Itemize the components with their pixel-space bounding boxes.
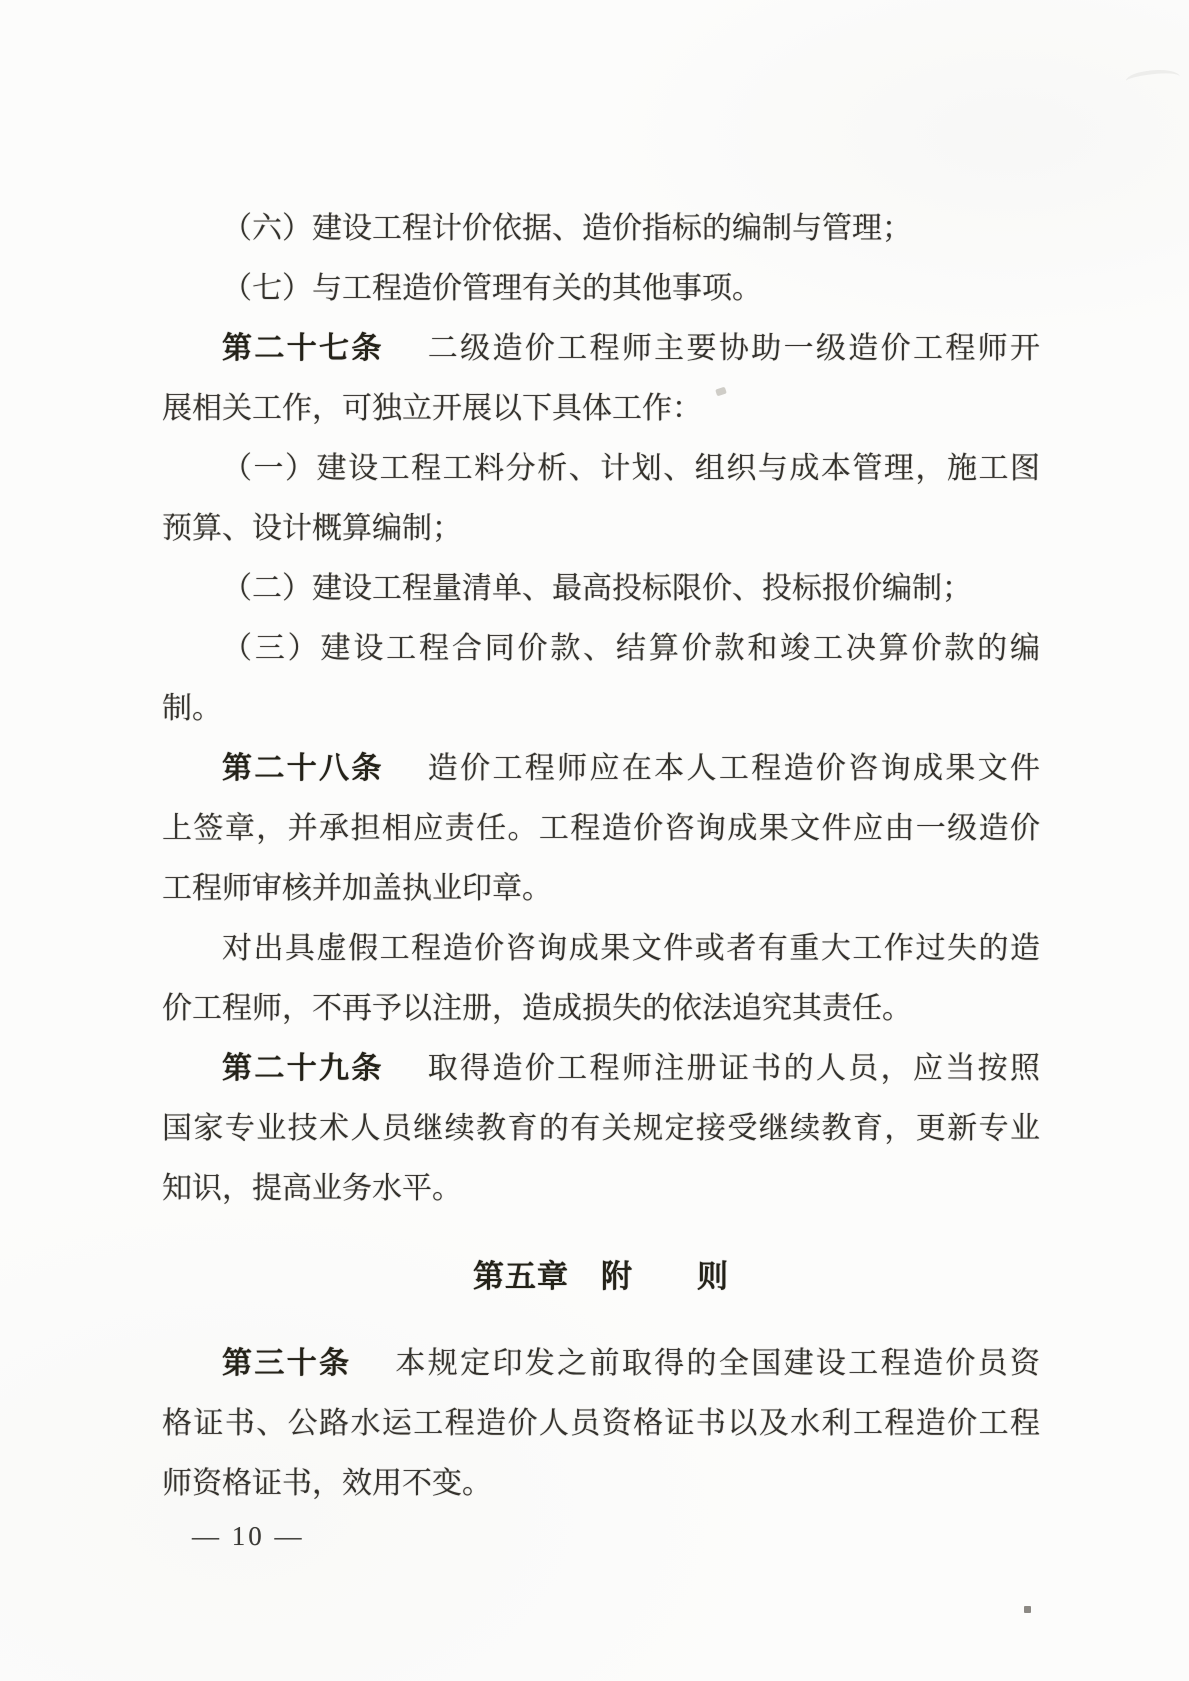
document-line: （一）建设工程工料分析、计划、组织与成本管理，施工图 xyxy=(162,439,1040,499)
line-text: 取得造价工程师注册证书的人员，应当按照 xyxy=(428,1052,1040,1085)
line-text: 知识，提高业务水平。 xyxy=(162,1172,462,1205)
document-line: 上签章，并承担相应责任。工程造价咨询成果文件应由一级造价 xyxy=(162,799,1040,859)
document-line: （七）与工程造价管理有关的其他事项。 xyxy=(162,259,1040,319)
line-text: 格证书、公路水运工程造价人员资格证书以及水利工程造价工程 xyxy=(162,1407,1040,1440)
line-text: 对出具虚假工程造价咨询成果文件或者有重大工作过失的造 xyxy=(222,932,1040,965)
article-number: 第二十九条 xyxy=(222,1052,384,1085)
document-line: 国家专业技术人员继续教育的有关规定接受继续教育，更新专业 xyxy=(162,1099,1040,1159)
line-text: 造价工程师应在本人工程造价咨询成果文件 xyxy=(428,752,1040,785)
line-text: 上签章，并承担相应责任。工程造价咨询成果文件应由一级造价 xyxy=(162,812,1040,845)
document-body: （六）建设工程计价依据、造价指标的编制与管理； （七）与工程造价管理有关的其他事… xyxy=(162,199,1040,1558)
line-text: （二）建设工程量清单、最高投标限价、投标报价编制； xyxy=(222,572,972,605)
document-line: 对出具虚假工程造价咨询成果文件或者有重大工作过失的造 xyxy=(162,919,1040,979)
document-line: （六）建设工程计价依据、造价指标的编制与管理； xyxy=(162,199,1040,259)
line-text: （三）建设工程合同价款、结算价款和竣工决算价款的编 xyxy=(222,632,1040,665)
document-line: 预算、设计概算编制； xyxy=(162,499,1040,559)
document-line-article-27: 第二十七条二级造价工程师主要协助一级造价工程师开 xyxy=(162,319,1040,379)
line-text: （一）建设工程工料分析、计划、组织与成本管理，施工图 xyxy=(222,452,1040,485)
document-line: 格证书、公路水运工程造价人员资格证书以及水利工程造价工程 xyxy=(162,1394,1040,1454)
document-line: （二）建设工程量清单、最高投标限价、投标报价编制； xyxy=(162,559,1040,619)
article-number: 第二十七条 xyxy=(222,332,384,365)
line-text: 国家专业技术人员继续教育的有关规定接受继续教育，更新专业 xyxy=(162,1112,1040,1145)
document-line: 价工程师，不再予以注册，造成损失的依法追究其责任。 xyxy=(162,979,1040,1039)
document-line-article-28: 第二十八条造价工程师应在本人工程造价咨询成果文件 xyxy=(162,739,1040,799)
line-text: （六）建设工程计价依据、造价指标的编制与管理； xyxy=(222,212,912,245)
scan-artifact-speck xyxy=(1024,1606,1031,1613)
line-text: 二级造价工程师主要协助一级造价工程师开 xyxy=(428,332,1040,365)
line-text: 预算、设计概算编制； xyxy=(162,512,462,545)
article-number: 第二十八条 xyxy=(222,752,384,785)
document-page: （六）建设工程计价依据、造价指标的编制与管理； （七）与工程造价管理有关的其他事… xyxy=(0,0,1189,1681)
document-line: 展相关工作，可独立开展以下具体工作： xyxy=(162,379,1040,439)
document-line: 知识，提高业务水平。 xyxy=(162,1159,1040,1219)
document-line-article-29: 第二十九条取得造价工程师注册证书的人员，应当按照 xyxy=(162,1039,1040,1099)
line-text: 工程师审核并加盖执业印章。 xyxy=(162,872,552,905)
document-line: 工程师审核并加盖执业印章。 xyxy=(162,859,1040,919)
line-text: 本规定印发之前取得的全国建设工程造价员资 xyxy=(395,1347,1040,1380)
scan-artifact-swoosh xyxy=(1125,66,1181,92)
document-line: 制。 xyxy=(162,679,1040,739)
line-text: 展相关工作，可独立开展以下具体工作： xyxy=(162,392,702,425)
document-line: 师资格证书，效用不变。 xyxy=(162,1454,1040,1514)
line-text: 制。 xyxy=(162,692,222,725)
line-text: 价工程师，不再予以注册，造成损失的依法追究其责任。 xyxy=(162,992,912,1025)
line-text: （七）与工程造价管理有关的其他事项。 xyxy=(222,272,762,305)
line-text: 师资格证书，效用不变。 xyxy=(162,1467,492,1500)
chapter-heading: 第五章 附 则 xyxy=(162,1247,1040,1307)
page-number: — 10 — xyxy=(162,1518,1040,1558)
article-number: 第三十条 xyxy=(222,1347,351,1380)
document-line: （三）建设工程合同价款、结算价款和竣工决算价款的编 xyxy=(162,619,1040,679)
document-line-article-30: 第三十条本规定印发之前取得的全国建设工程造价员资 xyxy=(162,1334,1040,1394)
